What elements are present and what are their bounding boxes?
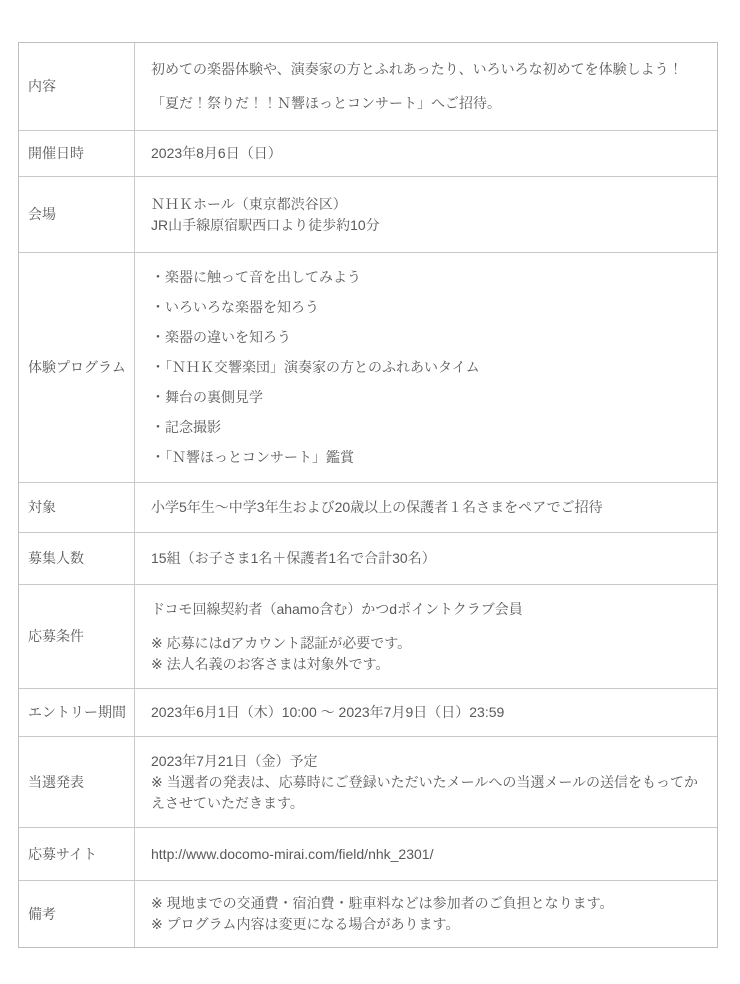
note-line: ※ プログラム内容は変更になる場合があります。 (151, 914, 701, 935)
row-value-program: ・楽器に触って音を出してみよう ・いろいろな楽器を知ろう ・楽器の違いを知ろう … (135, 253, 717, 482)
table-row-datetime: 開催日時 2023年8月6日（日） (19, 131, 717, 177)
row-value-notes: ※ 現地までの交通費・宿泊費・駐車料などは参加者のご負担となります。 ※ プログ… (135, 881, 717, 947)
text-line: 15組（お子さま1名＋保護者1名で合計30名） (151, 548, 701, 569)
row-value-eligible-target: 小学5年生～中学3年生および20歳以上の保護者１名さまをペアでご招待 (135, 483, 717, 532)
table-row-conditions: 応募条件 ドコモ回線契約者（ahamo含む）かつdポイントクラブ会員 ※ 応募に… (19, 585, 717, 689)
row-label-conditions: 応募条件 (19, 585, 135, 688)
text-line: 2023年6月1日（木）10:00 ～ 2023年7月9日（日）23:59 (151, 702, 701, 723)
row-label-description: 内容 (19, 43, 135, 130)
text-line: 小学5年生～中学3年生および20歳以上の保護者１名さまをペアでご招待 (151, 497, 701, 518)
row-label-application-site: 応募サイト (19, 828, 135, 880)
row-value-datetime: 2023年8月6日（日） (135, 131, 717, 176)
table-row-description: 内容 初めての楽器体験や、演奏家の方とふれあったり、いろいろな初めてを体験しよう… (19, 43, 717, 131)
text-line: ドコモ回線契約者（ahamo含む）かつdポイントクラブ会員 (151, 599, 701, 620)
row-label-notes: 備考 (19, 881, 135, 947)
table-row-application-site: 応募サイト http://www.docomo-mirai.com/field/… (19, 828, 717, 881)
program-list-item: ・「ＮＨＫ交響楽団」演奏家の方とのふれあいタイム (151, 357, 701, 378)
row-value-entry-period: 2023年6月1日（木）10:00 ～ 2023年7月9日（日）23:59 (135, 689, 717, 736)
note-line: ※ 当選者の発表は、応募時にご登録いただいたメールへの当選メールの送信をもってか… (151, 772, 701, 814)
row-value-description: 初めての楽器体験や、演奏家の方とふれあったり、いろいろな初めてを体験しよう！ 「… (135, 43, 717, 130)
row-value-winner-announcement: 2023年7月21日（金）予定 ※ 当選者の発表は、応募時にご登録いただいたメー… (135, 737, 717, 827)
text-line: JR山手線原宿駅西口より徒歩約10分 (151, 215, 701, 236)
application-url: http://www.docomo-mirai.com/field/nhk_23… (151, 844, 701, 865)
row-value-conditions: ドコモ回線契約者（ahamo含む）かつdポイントクラブ会員 ※ 応募にはdアカウ… (135, 585, 717, 688)
text-line: 2023年7月21日（金）予定 (151, 751, 701, 772)
row-label-datetime: 開催日時 (19, 131, 135, 176)
table-row-eligible-target: 対象 小学5年生～中学3年生および20歳以上の保護者１名さまをペアでご招待 (19, 483, 717, 533)
event-info-table: 内容 初めての楽器体験や、演奏家の方とふれあったり、いろいろな初めてを体験しよう… (18, 42, 718, 948)
program-list-item: ・いろいろな楽器を知ろう (151, 297, 701, 318)
note-line: ※ 法人名義のお客さまは対象外です。 (151, 654, 701, 675)
table-row-capacity: 募集人数 15組（お子さま1名＋保護者1名で合計30名） (19, 533, 717, 585)
program-list-item: ・舞台の裏側見学 (151, 387, 701, 408)
table-row-entry-period: エントリー期間 2023年6月1日（木）10:00 ～ 2023年7月9日（日）… (19, 689, 717, 737)
table-row-notes: 備考 ※ 現地までの交通費・宿泊費・駐車料などは参加者のご負担となります。 ※ … (19, 881, 717, 947)
row-label-venue: 会場 (19, 177, 135, 252)
row-label-capacity: 募集人数 (19, 533, 135, 584)
row-label-eligible-target: 対象 (19, 483, 135, 532)
note-line: ※ 応募にはdアカウント認証が必要です。 (151, 633, 701, 654)
row-label-program: 体験プログラム (19, 253, 135, 482)
text-line: 2023年8月6日（日） (151, 143, 701, 164)
row-value-capacity: 15組（お子さま1名＋保護者1名で合計30名） (135, 533, 717, 584)
program-list-item: ・「Ｎ響ほっとコンサート」鑑賞 (151, 447, 701, 468)
text-line: 初めての楽器体験や、演奏家の方とふれあったり、いろいろな初めてを体験しよう！ (151, 59, 701, 80)
text-line: 「夏だ！祭りだ！！Ｎ響ほっとコンサート」へご招待。 (151, 93, 701, 114)
program-list-item: ・楽器の違いを知ろう (151, 327, 701, 348)
note-line: ※ 現地までの交通費・宿泊費・駐車料などは参加者のご負担となります。 (151, 893, 701, 914)
program-list-item: ・記念撮影 (151, 417, 701, 438)
program-list-item: ・楽器に触って音を出してみよう (151, 267, 701, 288)
row-label-winner-announcement: 当選発表 (19, 737, 135, 827)
text-line: ＮＨＫホール（東京都渋谷区） (151, 194, 701, 215)
row-value-venue: ＮＨＫホール（東京都渋谷区） JR山手線原宿駅西口より徒歩約10分 (135, 177, 717, 252)
row-value-application-site: http://www.docomo-mirai.com/field/nhk_23… (135, 828, 717, 880)
table-row-winner-announcement: 当選発表 2023年7月21日（金）予定 ※ 当選者の発表は、応募時にご登録いた… (19, 737, 717, 828)
table-row-program: 体験プログラム ・楽器に触って音を出してみよう ・いろいろな楽器を知ろう ・楽器… (19, 253, 717, 483)
table-row-venue: 会場 ＮＨＫホール（東京都渋谷区） JR山手線原宿駅西口より徒歩約10分 (19, 177, 717, 253)
row-label-entry-period: エントリー期間 (19, 689, 135, 736)
